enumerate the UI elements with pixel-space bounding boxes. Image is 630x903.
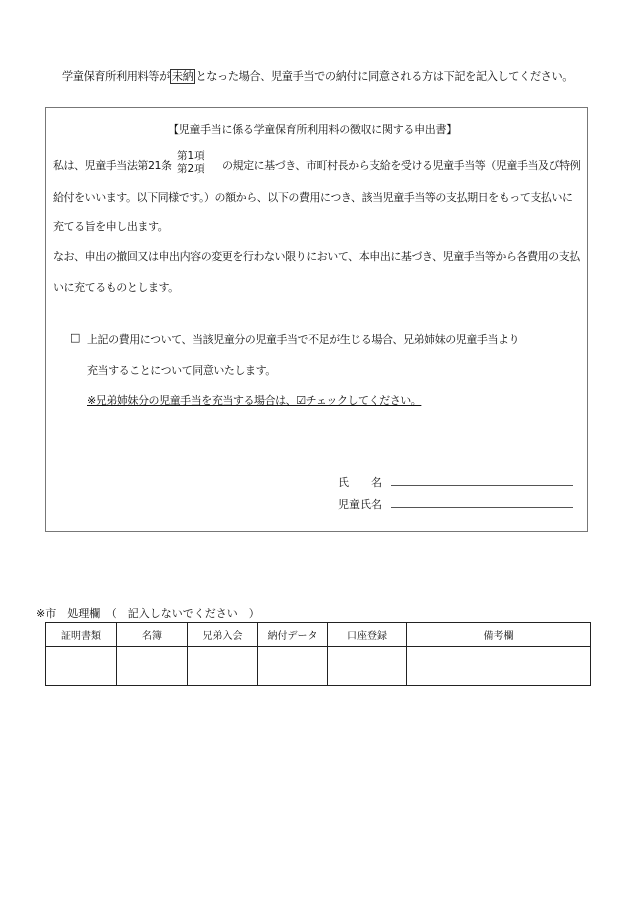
form-line1-suffix: の規定に基づき、市町村長から支給を受ける児童手当等（児童手当及び特例 [222, 157, 580, 173]
form-line3: 充てる旨を申し出ます。 [53, 218, 168, 234]
cell-sibling-enrollment [188, 647, 258, 686]
name-label: 氏 名 [338, 474, 382, 490]
clause-option-2[interactable]: 第2項 [177, 163, 205, 176]
child-name-label: 児童氏名 [338, 496, 382, 512]
intro-instruction: 学童保育所利用料等が未納となった場合、児童手当での納付に同意される方は下記を記入… [62, 68, 573, 84]
col-header-remarks: 備考欄 [407, 623, 591, 647]
form-line4: なお、申出の撤回又は申出内容の変更を行わない限りにおいて、本申出に基づき、児童手… [53, 248, 580, 264]
clause-option-1[interactable]: 第1項 [177, 150, 205, 163]
col-header-account-registration: 口座登録 [328, 623, 407, 647]
cell-account-registration [328, 647, 407, 686]
form-line1-prefix: 私は、児童手当法第21条 [53, 157, 172, 173]
office-processing-table: 証明書類 名簿 兄弟入会 納付データ 口座登録 備考欄 [45, 622, 591, 686]
intro-boxed-word: 未納 [170, 69, 196, 84]
office-use-caption: ※市 処理欄 （ 記入しないでください ） [36, 605, 260, 621]
consent-text-line1: 上記の費用について、当該児童分の児童手当で不足が生じる場合、兄弟姉妹の児童手当よ… [87, 331, 519, 347]
cell-register [117, 647, 188, 686]
table-header-row: 証明書類 名簿 兄弟入会 納付データ 口座登録 備考欄 [46, 623, 591, 647]
sibling-consent-checkbox[interactable]: □ [70, 331, 80, 344]
intro-text-before: 学童保育所利用料等が [62, 70, 170, 83]
child-name-field[interactable] [391, 507, 573, 508]
cell-remarks [407, 647, 591, 686]
consent-note: ※兄弟姉妹分の児童手当を充当する場合は、☑チェックしてください。 [87, 392, 421, 408]
form-title: 【児童手当に係る学童保育所利用料の徴収に関する申出書】 [168, 121, 457, 137]
intro-text-after: となった場合、児童手当での納付に同意される方は下記を記入してください。 [195, 70, 573, 83]
col-header-certificates: 証明書類 [46, 623, 117, 647]
table-row [46, 647, 591, 686]
form-line2: 給付をいいます。以下同様です。）の額から、以下の費用につき、該当児童手当等の支払… [53, 189, 573, 205]
consent-text-line2: 充当することについて同意いたします。 [87, 362, 276, 378]
col-header-register: 名簿 [117, 623, 188, 647]
col-header-sibling-enrollment: 兄弟入会 [188, 623, 258, 647]
name-field[interactable] [391, 485, 573, 486]
cell-certificates [46, 647, 117, 686]
form-line5: いに充てるものとします。 [53, 279, 179, 295]
cell-payment-data [258, 647, 328, 686]
clause-options[interactable]: 第1項 第2項 [177, 150, 205, 176]
col-header-payment-data: 納付データ [258, 623, 328, 647]
